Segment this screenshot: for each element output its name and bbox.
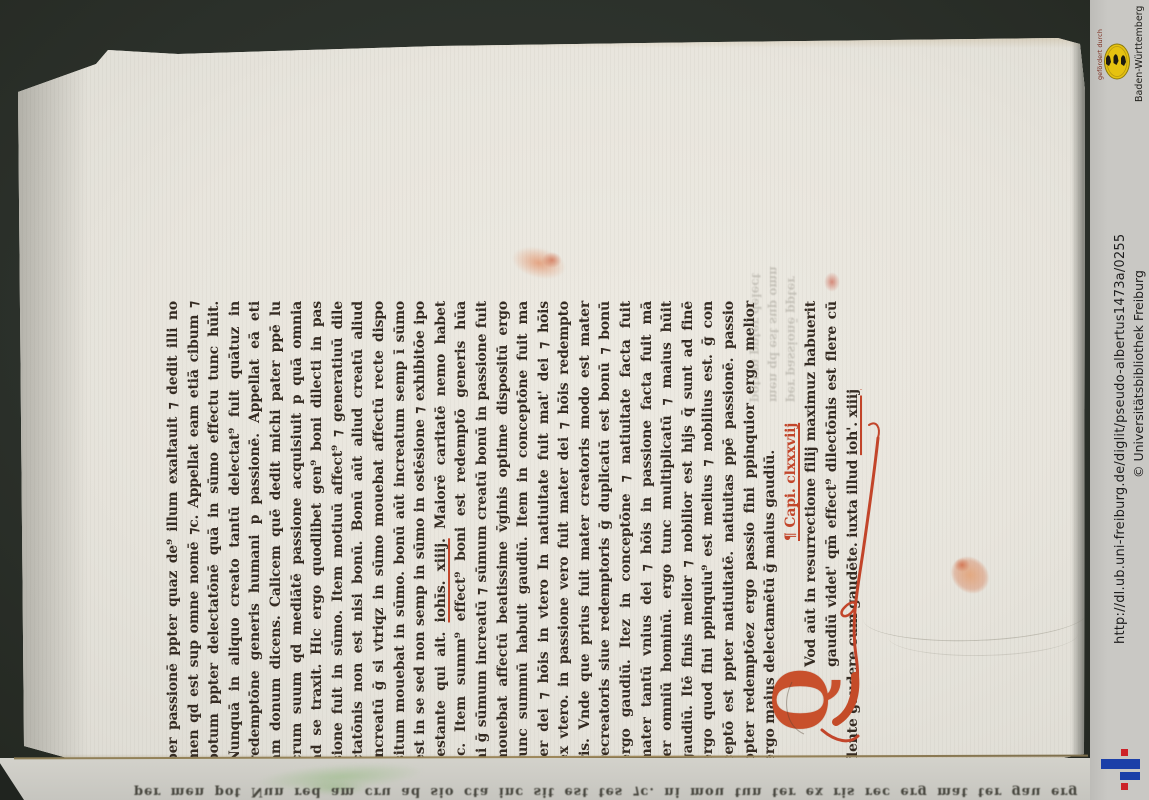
text-line: redemptōne generis humani p passionē. Ap… xyxy=(245,301,266,763)
line-segment: ter dei ⁊ hōis in vtero In natiuitate fu… xyxy=(536,301,552,763)
line-segment: ex vtero. in passione vero fuit mater de… xyxy=(556,301,572,763)
text-line: crum suum qd mediātē passione acquisiuit… xyxy=(287,301,308,763)
line-segment: mater tantū vnius dei ⁊ hōis in passione… xyxy=(639,301,655,763)
text-line: recreatoris siue redemptoris ḡ duplicatū… xyxy=(595,301,616,763)
text-line: ris. Vnde que prius fuit mater creatoris… xyxy=(575,301,596,763)
line-segment: per passionē ppter quaz de⁹ illum exalta… xyxy=(165,301,181,763)
text-line: testante qui ait. iohīs. xiiij. Maiorē c… xyxy=(431,301,452,763)
text-line: tunc summū habuit gaudiū. Item in concep… xyxy=(513,301,534,763)
library-margin-strip: gefördert durch Baden-Württemberg http:/… xyxy=(1090,0,1149,800)
text-line: gaudiū. Itē finis melior ⁊ nobilior est … xyxy=(678,301,699,763)
line-segment: ergo gaudiū. Itez in conceptōne ⁊ natiui… xyxy=(618,301,634,763)
line-segment: sione fuit in sūmo. Item motiuū affect⁹ … xyxy=(330,301,346,763)
text-line: potum ppter delectatōnē quā in sūmo effe… xyxy=(204,301,225,763)
line-segment: increatū ḡ si vtriqz in sūmo mouebat aff… xyxy=(371,301,387,763)
line-segment: am donum dicens. Calicem quē dedit michi… xyxy=(268,301,284,763)
text-line: ergo gaudiū. Itez in conceptōne ⁊ natiui… xyxy=(616,301,637,763)
initial-flourish xyxy=(752,392,902,752)
mirrored-text-reflection: per men pot Nun red am cru ad sio cta in… xyxy=(128,758,1078,800)
text-line: Nunquā in aliquo creato tantū delectat⁹ … xyxy=(225,301,246,763)
line-segment: ergo quod fini ppinquiu⁹ est melius ⁊ no… xyxy=(700,301,716,763)
page-top-browned-edge xyxy=(18,30,1085,54)
line-segment: ⁊c. Item summ⁹ effect⁹ boni est redemptō… xyxy=(453,301,469,763)
line-segment: redemptōne generis humani p passionē. Ap… xyxy=(247,301,263,763)
rubricated-segment: iohīs. xiiij. xyxy=(433,538,449,622)
line-segment: est in se sed non semp in sūmo in ostēsi… xyxy=(412,301,428,763)
line-segment: ris. Vnde que prius fuit mater creatoris… xyxy=(577,301,593,763)
line-segment: potum ppter delectatōnē quā in sūmo effe… xyxy=(206,301,222,763)
text-line: ni ḡ sūmum increatū ⁊ sūmum creatū bonū … xyxy=(472,301,493,763)
line-segment: ceptō est ppter natiuitatē. natiuitas pp… xyxy=(721,301,737,763)
page-left-shadow xyxy=(18,30,88,762)
line-segment: crum suum qd mediātē passione acquisiuit… xyxy=(289,301,305,763)
text-line: ergo quod fini ppinquiu⁹ est melius ⁊ no… xyxy=(698,301,719,763)
book-scan-viewport: per passionē pptermen qd est sup omnpotu… xyxy=(0,0,1149,800)
red-stain xyxy=(824,272,840,292)
text-line: mouebat affectū beatissime v̄ginis optim… xyxy=(493,301,514,763)
text-line: est in se sed non semp in sūmo in ostēsi… xyxy=(410,301,431,763)
page-right-shadow xyxy=(1071,30,1085,762)
text-line: am donum dicens. Calicem quē dedit michi… xyxy=(266,301,287,763)
region-label: Baden-Württemberg xyxy=(1134,6,1145,102)
baden-wuerttemberg-arms-icon xyxy=(1102,42,1132,82)
red-stain xyxy=(542,252,562,268)
line-segment: ad se traxit. Hic ergo quodlibet gen⁹ bo… xyxy=(309,301,325,763)
line-segment: situm mouebat in sūmo. bonū aūt increatu… xyxy=(392,301,408,763)
manuscript-page: per passionē pptermen qd est sup omnpotu… xyxy=(18,30,1085,762)
line-segment: men qd est sup omne nomē ⁊c. Appellat ea… xyxy=(186,301,202,763)
line-segment: ni ḡ sūmum increatū ⁊ sūmum creatū bonū … xyxy=(474,301,490,763)
line-segment: testante qui ait. xyxy=(433,622,449,763)
text-line: ad se traxit. Hic ergo quodlibet gen⁹ bo… xyxy=(307,301,328,763)
line-segment: mouebat affectū beatissime v̄ginis optim… xyxy=(495,301,511,763)
text-line: per passionē ppter quaz de⁹ illum exalta… xyxy=(163,301,184,763)
text-line: ter omniū hominū. ergo tunc multiplicatū… xyxy=(657,301,678,763)
line-segment: ter omniū hominū. ergo tunc multiplicatū… xyxy=(659,301,675,763)
text-line: men qd est sup omne nomē ⁊c. Appellat ea… xyxy=(184,301,205,763)
line-segment: ctatōnis non est nisi bonū. Bonū aūt ali… xyxy=(350,301,366,763)
line-segment: Maiorē caritatē nemo habet xyxy=(433,301,449,538)
text-line: ceptō est ppter natiuitatē. natiuitas pp… xyxy=(719,301,740,763)
copyright-label: © Universitätsbibliothek Freiburg xyxy=(1131,270,1146,478)
line-segment: gaudiū. Itē finis melior ⁊ nobilior est … xyxy=(680,301,696,763)
text-line: ex vtero. in passione vero fuit mater de… xyxy=(554,301,575,763)
red-stain xyxy=(954,558,970,572)
ub-freiburg-logo-icon xyxy=(1098,746,1144,794)
line-segment: tunc summū habuit gaudiū. Item in concep… xyxy=(515,301,531,763)
text-line: ter dei ⁊ hōis in vtero In natiuitate fu… xyxy=(534,301,555,763)
line-segment: recreatoris siue redemptoris ḡ duplicatū… xyxy=(597,301,613,763)
text-line: mater tantū vnius dei ⁊ hōis in passione… xyxy=(637,301,658,763)
text-line: ⁊c. Item summ⁹ effect⁹ boni est redemptō… xyxy=(451,301,472,763)
text-line: situm mouebat in sūmo. bonū aūt increatu… xyxy=(390,301,411,763)
text-line: increatū ḡ si vtriqz in sūmo mouebat aff… xyxy=(369,301,390,763)
line-segment: Nunquā in aliquo creato tantū delectat⁹ … xyxy=(227,301,243,763)
text-line: sione fuit in sūmo. Item motiuū affect⁹ … xyxy=(328,301,349,763)
source-url-label: http://dl.ub.uni-freiburg.de/diglit/pseu… xyxy=(1113,234,1128,644)
text-line: ctatōnis non est nisi bonū. Bonū aūt ali… xyxy=(348,301,369,763)
